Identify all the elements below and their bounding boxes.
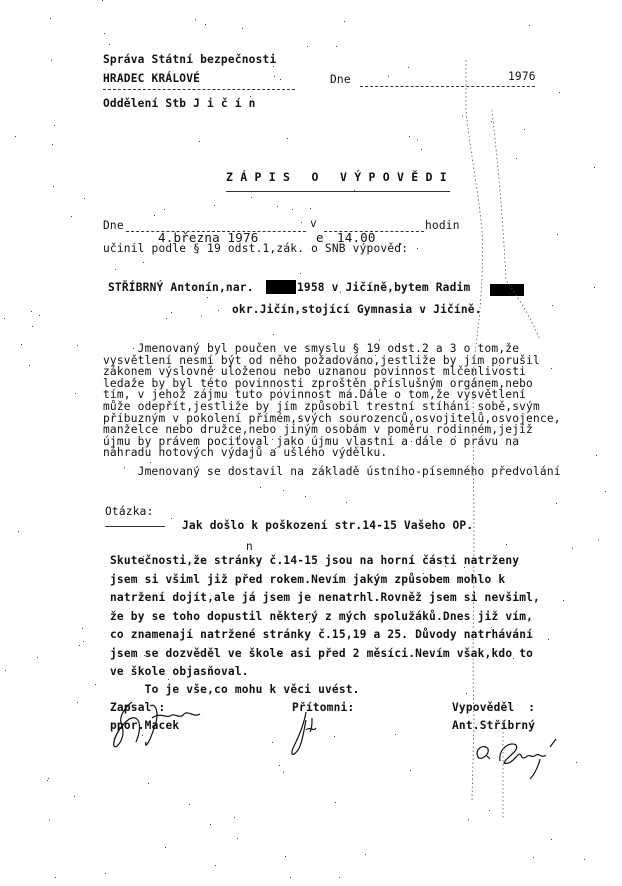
scan-noise xyxy=(51,60,52,61)
scan-noise xyxy=(605,491,606,492)
scan-noise xyxy=(506,544,507,545)
scan-noise xyxy=(417,248,418,249)
closing-line: To je vše,co mohu k věci uvést. xyxy=(110,683,360,696)
scan-noise xyxy=(176,692,177,693)
date-underline xyxy=(360,86,535,87)
question-rule xyxy=(105,526,165,527)
scan-noise xyxy=(312,393,313,394)
scan-noise xyxy=(596,455,597,456)
scan-noise xyxy=(148,783,149,784)
scan-noise xyxy=(166,318,167,319)
scan-noise xyxy=(499,365,500,366)
scan-noise xyxy=(168,679,169,680)
scan-noise xyxy=(287,138,288,139)
scan-noise xyxy=(102,0,103,1)
signature-witness-statement xyxy=(470,735,570,785)
scan-noise xyxy=(250,96,251,97)
scan-noise xyxy=(115,269,116,270)
scan-noise xyxy=(237,838,238,839)
correction-mark: n xyxy=(246,540,253,553)
scan-noise xyxy=(408,67,409,68)
scan-noise xyxy=(273,334,274,335)
scan-noise xyxy=(464,567,465,568)
signature-recorder xyxy=(110,698,220,758)
scan-noise xyxy=(218,310,219,311)
scan-noise xyxy=(346,502,347,503)
scan-noise xyxy=(71,216,72,217)
scan-noise xyxy=(354,190,355,191)
scan-noise xyxy=(489,810,490,811)
scan-noise xyxy=(572,548,573,549)
scan-noise xyxy=(309,622,310,623)
scan-noise xyxy=(439,618,440,619)
org-name: Správa Státní bezpečnosti xyxy=(103,53,276,66)
org-department: Oddělení Stb J i č í n xyxy=(103,97,256,110)
scan-noise xyxy=(283,490,284,491)
answer-line: ve škole objasňoval. xyxy=(110,665,249,678)
answer-line: jsem si všiml již před rokem.Nevím jakým… xyxy=(110,573,505,586)
scan-noise xyxy=(50,18,51,19)
scan-noise xyxy=(556,503,557,504)
scan-noise xyxy=(39,315,40,316)
scan-noise xyxy=(411,441,412,442)
scan-noise xyxy=(95,684,96,685)
scan-noise xyxy=(328,373,329,374)
scan-noise xyxy=(52,144,53,145)
scan-noise xyxy=(83,641,84,642)
scan-noise xyxy=(171,312,172,313)
scan-noise xyxy=(82,628,83,629)
scan-noise xyxy=(409,136,410,137)
date-label: Dne xyxy=(330,73,351,86)
scan-noise xyxy=(365,854,366,855)
scan-noise xyxy=(260,487,261,488)
scan-noise xyxy=(300,273,301,274)
scan-noise xyxy=(171,518,172,519)
scan-noise xyxy=(164,209,165,210)
scan-noise xyxy=(516,158,517,159)
scan-noise xyxy=(524,129,525,130)
testified-by-label: Vypověděl : xyxy=(452,701,535,714)
scan-noise xyxy=(375,355,376,356)
scan-noise xyxy=(305,496,306,497)
scan-noise xyxy=(421,149,422,150)
scan-noise xyxy=(283,772,284,773)
scan-noise xyxy=(5,670,6,671)
scan-noise xyxy=(336,46,337,47)
scan-noise xyxy=(74,796,75,797)
scan-noise xyxy=(47,780,48,781)
scan-noise xyxy=(210,824,211,825)
scan-noise xyxy=(594,287,595,288)
scan-noise xyxy=(250,451,251,452)
scan-noise xyxy=(104,33,105,34)
scan-noise xyxy=(37,657,38,658)
person-line1-mid: 1958 v Jičíně,bytem Radim xyxy=(297,281,470,294)
signature-witness xyxy=(288,710,328,760)
scan-noise xyxy=(32,326,33,327)
scan-noise xyxy=(214,205,215,206)
scan-noise xyxy=(584,859,585,860)
scan-noise xyxy=(273,66,274,67)
header-divider xyxy=(103,89,295,90)
scan-noise xyxy=(548,639,549,640)
scan-noise xyxy=(199,141,200,142)
answer-line: jsem se dozvěděl ve škole asi před 2 měs… xyxy=(110,647,533,660)
scan-noise xyxy=(277,206,278,207)
scan-noise xyxy=(272,742,273,743)
scan-noise xyxy=(242,28,243,29)
scan-noise xyxy=(372,350,373,351)
scan-noise xyxy=(114,582,115,583)
scan-noise xyxy=(21,344,22,345)
scan-noise xyxy=(598,539,599,540)
redaction-birthdate xyxy=(266,280,296,294)
scan-noise xyxy=(54,125,55,126)
scan-noise xyxy=(379,340,380,341)
scan-noise xyxy=(29,365,30,366)
scan-noise xyxy=(491,627,492,628)
scan-noise xyxy=(410,770,411,771)
scan-noise xyxy=(79,645,80,646)
scan-noise xyxy=(423,573,424,574)
scan-noise xyxy=(344,21,345,22)
scan-noise xyxy=(205,24,206,25)
scan-noise xyxy=(551,839,552,840)
scan-noise xyxy=(559,92,560,93)
scan-noise xyxy=(388,76,389,77)
scan-noise xyxy=(77,702,78,703)
summons-line: Jmenovaný se dostavil na základě ústního… xyxy=(103,465,561,478)
scan-noise xyxy=(15,136,16,137)
answer-line: co znamenají natržené stránky č.15,19 a … xyxy=(110,628,533,641)
v-label: v xyxy=(310,217,317,230)
scan-noise xyxy=(292,209,293,210)
scan-noise xyxy=(280,79,281,80)
scan-noise xyxy=(551,368,552,369)
title-underline xyxy=(226,191,450,192)
scan-noise xyxy=(529,25,530,26)
scan-noise xyxy=(348,431,349,432)
testified-by-name: Ant.Stříbrný xyxy=(452,719,535,732)
scan-noise xyxy=(365,415,366,416)
scan-noise xyxy=(455,436,456,437)
scan-noise xyxy=(49,820,50,821)
scan-noise xyxy=(195,19,196,20)
scan-noise xyxy=(165,847,166,848)
scan-noise xyxy=(576,762,577,763)
scan-noise xyxy=(143,556,144,557)
scan-noise xyxy=(55,877,56,878)
instruction-line: náhradu hotových výdajů a ušlého výdělku… xyxy=(103,446,387,459)
scan-noise xyxy=(557,234,558,235)
scan-noise xyxy=(215,865,216,866)
scan-noise xyxy=(472,578,473,579)
scan-noise xyxy=(142,735,143,736)
person-line1-prefix: STŘÍBRNÝ Antonín,nar. xyxy=(108,281,254,294)
scan-noise xyxy=(301,222,302,223)
scan-noise xyxy=(275,448,276,449)
scan-noise xyxy=(405,346,406,347)
scan-noise xyxy=(173,432,174,433)
scan-noise xyxy=(513,658,514,659)
scan-noise xyxy=(297,367,298,368)
scan-noise xyxy=(466,693,467,694)
scan-noise xyxy=(563,600,564,601)
scan-noise xyxy=(214,369,215,370)
org-city: HRADEC KRÁLOVÉ xyxy=(103,72,200,85)
answer-line: Skutečnosti,že stránky č.14-15 jsou na h… xyxy=(110,554,519,567)
scan-noise xyxy=(395,734,396,735)
dne-label: Dne xyxy=(103,219,124,232)
scan-noise xyxy=(552,305,553,306)
scan-noise xyxy=(366,363,367,364)
scan-noise xyxy=(417,139,418,140)
scan-noise xyxy=(189,804,190,805)
scan-noise xyxy=(154,215,155,216)
scan-noise xyxy=(533,857,534,858)
scan-noise xyxy=(445,566,446,567)
scan-noise xyxy=(75,393,76,394)
scan-noise xyxy=(84,198,85,199)
scan-noise xyxy=(333,247,334,248)
redaction-address xyxy=(490,284,524,296)
scan-noise xyxy=(53,186,54,187)
scan-noise xyxy=(251,197,252,198)
scan-noise xyxy=(109,44,110,45)
scan-noise xyxy=(340,292,341,293)
question-label: Otázka: xyxy=(105,505,154,518)
scan-noise xyxy=(334,736,335,737)
scan-noise xyxy=(133,348,134,349)
scan-noise xyxy=(339,877,340,878)
document-title: Z Á P I S O V Ý P O V Ě D I xyxy=(226,171,447,184)
scan-noise xyxy=(280,389,281,390)
scan-noise xyxy=(201,316,202,317)
scan-noise xyxy=(48,778,49,779)
scan-noise xyxy=(144,655,145,656)
scan-noise xyxy=(234,817,235,818)
scan-noise xyxy=(491,121,492,122)
scan-noise xyxy=(272,439,273,440)
answer-line: natržení dojít,ale já jsem je nenatrhl.R… xyxy=(110,591,540,604)
scan-noise xyxy=(279,765,280,766)
scan-noise xyxy=(335,802,336,803)
scan-noise xyxy=(290,877,291,878)
scan-noise xyxy=(310,208,311,209)
scan-noise xyxy=(207,297,208,298)
scan-noise xyxy=(307,46,308,47)
scan-noise xyxy=(105,873,106,874)
scan-noise xyxy=(31,311,32,312)
scan-noise xyxy=(274,76,275,77)
scan-noise xyxy=(462,116,463,117)
scan-noise xyxy=(124,467,125,468)
scan-noise xyxy=(77,345,78,346)
person-line2: okr.Jičín,stojící Gymnasia v Jičíně. xyxy=(232,303,482,316)
scan-noise xyxy=(426,653,427,654)
statement-line: učinil podle § 19 odst.1,zák. o SNB výpo… xyxy=(103,242,408,255)
question-text: Jak došlo k poškození str.14-15 Vašeho O… xyxy=(182,519,473,532)
scan-noise xyxy=(285,856,286,857)
scan-noise xyxy=(327,467,328,468)
scan-noise xyxy=(594,167,595,168)
scan-noise xyxy=(143,262,144,263)
hodin-label: hodin xyxy=(425,219,460,232)
scan-noise xyxy=(468,819,469,820)
scan-noise xyxy=(150,462,151,463)
scan-noise xyxy=(18,531,19,532)
scan-noise xyxy=(280,654,281,655)
date-year: 1976 xyxy=(508,70,536,83)
scan-noise xyxy=(4,318,5,319)
scan-noise xyxy=(364,390,365,391)
answer-line: že by se toho dopustil některý z mých sp… xyxy=(110,610,533,623)
